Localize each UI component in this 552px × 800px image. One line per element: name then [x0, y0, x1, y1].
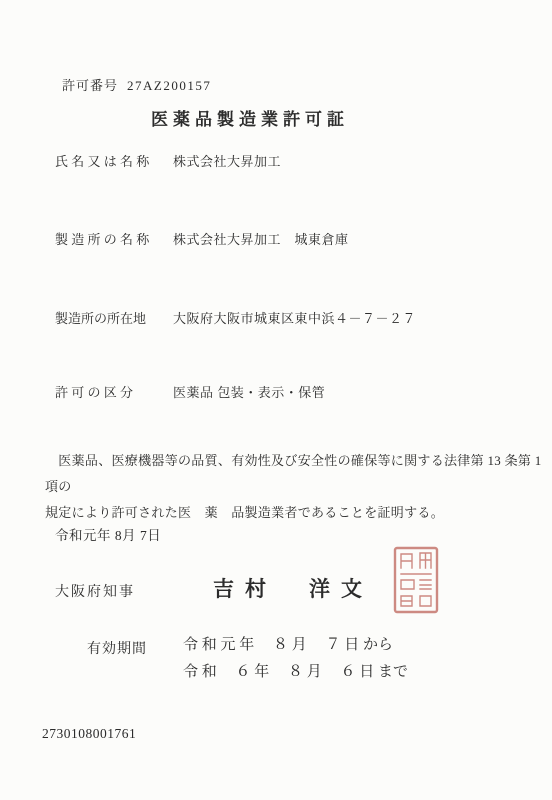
factory-address-field-label: 製造所の所在地: [55, 308, 146, 327]
factory-name-field-label: 製 造 所 の 名 称: [55, 229, 149, 248]
document-title: 医薬品製造業許可証: [151, 105, 349, 130]
issue-date: 令和元年 8月 7日: [55, 524, 161, 544]
permit-number-line: 許可番号27AZ200157: [45, 59, 211, 110]
governor-red-seal-icon: [393, 546, 439, 614]
validity-period-to: 令 和 ６ 年 ８ 月 ６ 日 まで: [183, 660, 408, 681]
license-category-field-label: 許 可 の 区 分: [55, 382, 133, 401]
certification-statement: 医薬品、医療機器等の品質、有効性及び安全性の確保等に関する法律第 13 条第 1…: [45, 448, 551, 526]
license-certificate-page: 許可番号27AZ200157 医薬品製造業許可証 氏 名 又 は 名 称 株式会…: [0, 0, 552, 800]
issuer-title: 大阪府知事: [55, 581, 135, 601]
document-control-number: 2730108001761: [42, 726, 136, 742]
license-category-field-value: 医薬品 包装・表示・保管: [173, 382, 325, 401]
permit-number-value: 27AZ200157: [127, 78, 211, 93]
factory-address-field-value: 大阪府大阪市城東区東中浜４－７－２７: [173, 308, 416, 327]
name-field-label: 氏 名 又 は 名 称: [55, 151, 149, 170]
validity-period-from: 令 和 元 年 ８ 月 ７ 日 から: [183, 633, 393, 654]
factory-name-field-value: 株式会社大昇加工 城東倉庫: [173, 229, 349, 248]
issuer-name: 吉村 洋文: [213, 573, 373, 603]
name-field-value: 株式会社大昇加工: [173, 151, 281, 170]
permit-number-label: 許可番号: [62, 78, 118, 93]
validity-period-label: 有効期間: [87, 638, 147, 658]
